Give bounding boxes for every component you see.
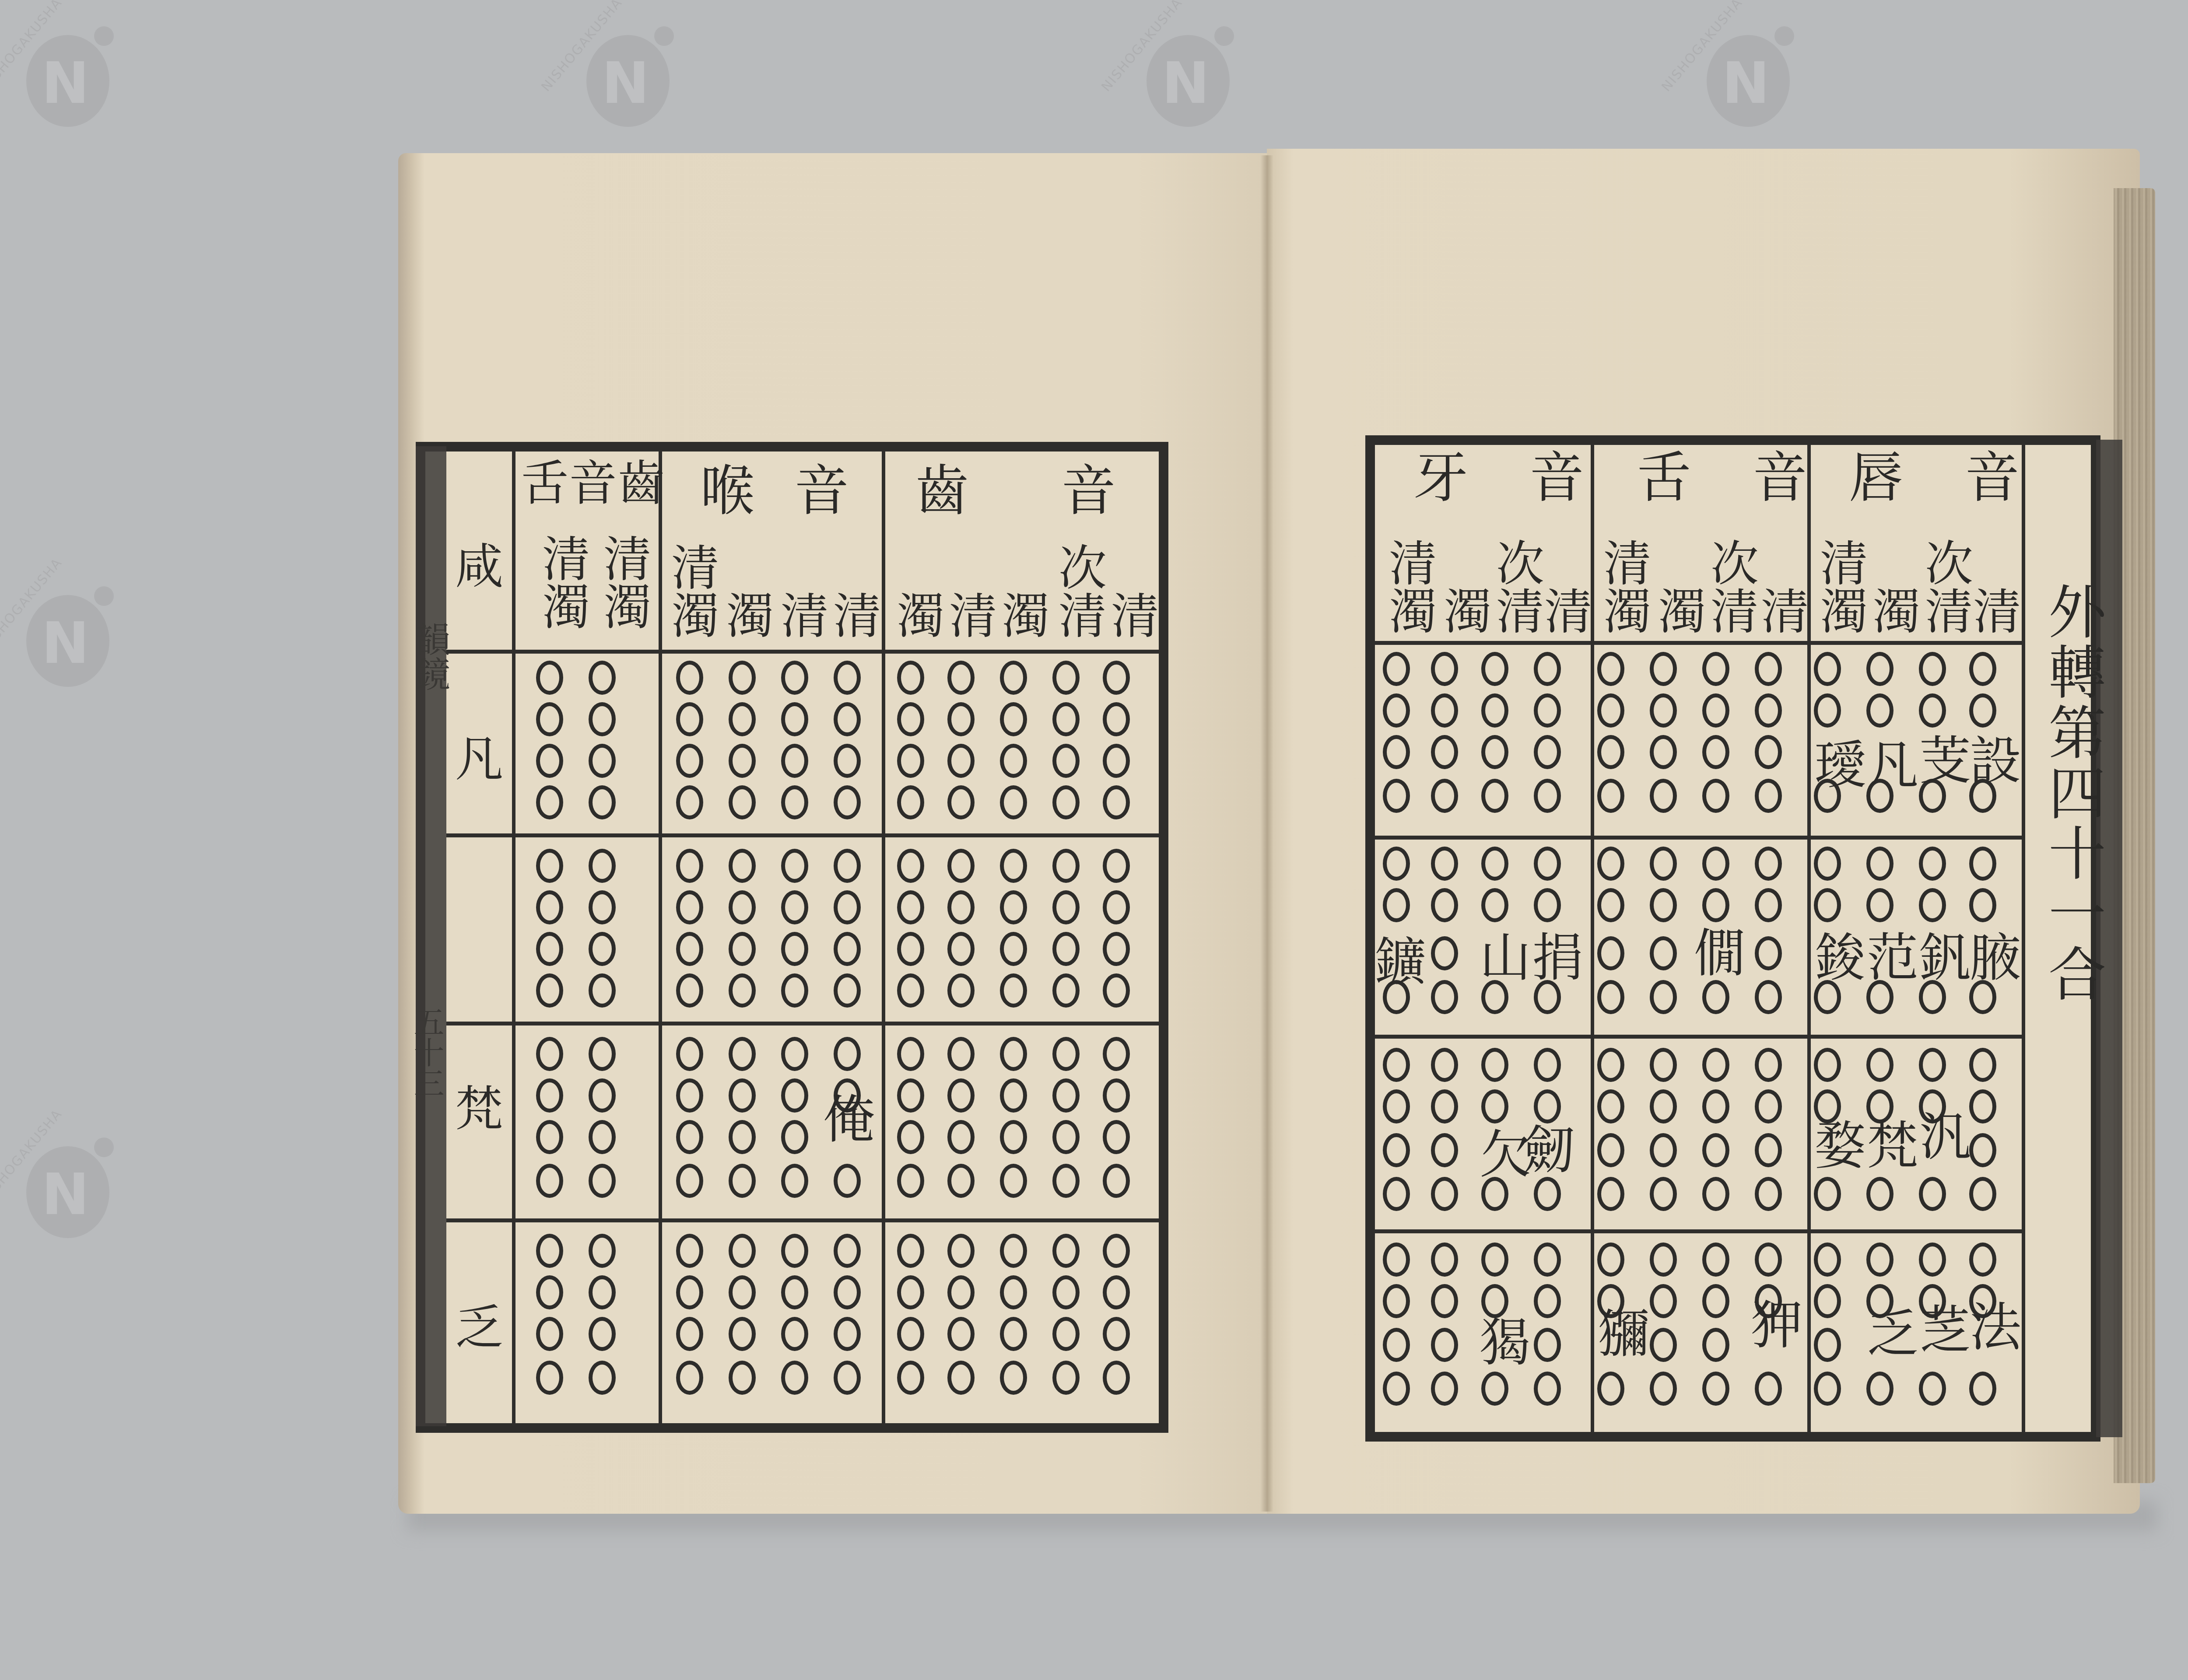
empty-slot-circle: [1383, 1242, 1410, 1277]
empty-slot-circle: [1702, 1328, 1729, 1362]
left-margin-page-number: 五十三: [405, 1006, 449, 1098]
empty-slot-circle: [589, 785, 616, 819]
empty-slot-circle: [1052, 1317, 1080, 1351]
empty-slot-circle: [1103, 661, 1130, 695]
empty-slot-circle: [1431, 1242, 1458, 1277]
empty-slot-circle: [1431, 1372, 1458, 1406]
table-character: 猲: [1479, 1317, 1532, 1368]
empty-slot-circle: [834, 744, 861, 778]
empty-slot-circle: [536, 932, 563, 966]
empty-slot-circle: [834, 1037, 861, 1071]
empty-slot-circle: [676, 1317, 703, 1351]
empty-slot-circle: [1702, 735, 1729, 769]
empty-slot-circle: [1814, 888, 1841, 922]
empty-slot-circle: [1597, 1242, 1624, 1277]
empty-slot-circle: [1597, 735, 1624, 769]
empty-slot-circle: [1000, 1275, 1027, 1309]
empty-slot-circle: [676, 932, 703, 966]
empty-slot-circle: [1103, 744, 1130, 778]
empty-slot-circle: [1000, 1037, 1027, 1071]
empty-slot-circle: [1431, 888, 1458, 922]
empty-slot-circle: [1383, 693, 1410, 728]
empty-slot-circle: [1103, 973, 1130, 1008]
empty-slot-circle: [897, 702, 924, 736]
table-character: 獼: [1597, 1308, 1650, 1360]
header-subcolumn: 清濁: [538, 534, 586, 630]
empty-slot-circle: [947, 1275, 975, 1309]
empty-slot-circle: [729, 744, 756, 778]
empty-slot-circle: [1534, 1177, 1561, 1211]
empty-slot-circle: [897, 1317, 924, 1351]
empty-slot-circle: [1597, 1133, 1624, 1167]
empty-slot-circle: [536, 849, 563, 883]
empty-slot-circle: [1650, 1242, 1677, 1277]
empty-slot-circle: [1814, 1177, 1841, 1211]
empty-slot-circle: [1431, 1133, 1458, 1167]
empty-slot-circle: [947, 661, 975, 695]
empty-slot-circle: [1755, 1242, 1782, 1277]
empty-slot-circle: [1103, 1317, 1130, 1351]
empty-slot-circle: [1919, 1177, 1946, 1211]
watermark-logo: NNISHOGAKUSHA: [18, 1129, 118, 1242]
empty-slot-circle: [1919, 1372, 1946, 1406]
empty-slot-circle: [947, 849, 975, 883]
empty-slot-circle: [1000, 1164, 1027, 1198]
empty-slot-circle: [1919, 1242, 1946, 1277]
empty-slot-circle: [1534, 1328, 1561, 1362]
header-subcolumn: 清: [829, 591, 877, 639]
book-gutter: [1260, 155, 1273, 1512]
header-subcolumn: 清: [1969, 586, 2017, 634]
empty-slot-circle: [1702, 1089, 1729, 1123]
empty-slot-circle: [729, 1037, 756, 1071]
empty-slot-circle: [1650, 1284, 1677, 1318]
empty-slot-circle: [1755, 936, 1782, 970]
empty-slot-circle: [536, 1317, 563, 1351]
row-label: 凡: [455, 735, 503, 783]
col-divider: [882, 451, 885, 1426]
row-divider: [1374, 836, 2024, 840]
table-character: 䒦: [1919, 1304, 1971, 1355]
empty-slot-circle: [1000, 785, 1027, 819]
empty-slot-circle: [1919, 693, 1946, 728]
row-label: 梵: [455, 1085, 503, 1133]
table-character: 狎: [1750, 1299, 1803, 1351]
header-subcolumn: 濁: [1440, 586, 1488, 634]
empty-slot-circle: [834, 973, 861, 1008]
empty-slot-circle: [536, 1037, 563, 1071]
empty-slot-circle: [1431, 1284, 1458, 1318]
empty-slot-circle: [1814, 1284, 1841, 1318]
empty-slot-circle: [781, 849, 808, 883]
empty-slot-circle: [1597, 936, 1624, 970]
empty-slot-circle: [1052, 849, 1080, 883]
empty-slot-circle: [1103, 849, 1130, 883]
empty-slot-circle: [1702, 693, 1729, 728]
col-divider: [659, 451, 662, 1426]
empty-slot-circle: [1052, 1234, 1080, 1268]
empty-slot-circle: [1650, 980, 1677, 1014]
empty-slot-circle: [947, 890, 975, 924]
header-group-label: 舌音: [1637, 451, 1869, 505]
empty-slot-circle: [1969, 1242, 1996, 1277]
empty-slot-circle: [1866, 652, 1893, 686]
empty-slot-circle: [589, 1234, 616, 1268]
empty-slot-circle: [676, 973, 703, 1008]
empty-slot-circle: [1383, 1177, 1410, 1211]
empty-slot-circle: [1814, 693, 1841, 728]
empty-slot-circle: [947, 1037, 975, 1071]
header-group-label: 喉音: [700, 464, 888, 518]
header-group-label: 唇音: [1849, 451, 2081, 505]
empty-slot-circle: [1534, 888, 1561, 922]
empty-slot-circle: [1969, 1177, 1996, 1211]
empty-slot-circle: [589, 744, 616, 778]
empty-slot-circle: [589, 1317, 616, 1351]
row-divider: [446, 1022, 1160, 1025]
header-subcolumn: 清: [1107, 591, 1155, 639]
empty-slot-circle: [834, 1275, 861, 1309]
empty-slot-circle: [897, 1275, 924, 1309]
empty-slot-circle: [589, 661, 616, 695]
empty-slot-circle: [1534, 1048, 1561, 1082]
empty-slot-circle: [676, 1120, 703, 1154]
empty-slot-circle: [1431, 847, 1458, 881]
empty-slot-circle: [897, 744, 924, 778]
empty-slot-circle: [536, 702, 563, 736]
empty-slot-circle: [897, 973, 924, 1008]
empty-slot-circle: [834, 661, 861, 695]
empty-slot-circle: [1969, 1372, 1996, 1406]
empty-slot-circle: [834, 1317, 861, 1351]
empty-slot-circle: [1481, 1242, 1508, 1277]
empty-slot-circle: [1431, 936, 1458, 970]
empty-slot-circle: [1650, 652, 1677, 686]
empty-slot-circle: [1383, 1328, 1410, 1362]
empty-slot-circle: [1481, 652, 1508, 686]
empty-slot-circle: [1814, 652, 1841, 686]
empty-slot-circle: [1866, 1242, 1893, 1277]
header-subcolumn: 次清: [1921, 538, 1969, 634]
empty-slot-circle: [1755, 1372, 1782, 1406]
empty-slot-circle: [1103, 702, 1130, 736]
empty-slot-circle: [1702, 779, 1729, 813]
empty-slot-circle: [536, 744, 563, 778]
empty-slot-circle: [729, 973, 756, 1008]
empty-slot-circle: [589, 702, 616, 736]
empty-slot-circle: [729, 785, 756, 819]
empty-slot-circle: [1755, 847, 1782, 881]
empty-slot-circle: [1431, 652, 1458, 686]
empty-slot-circle: [1534, 847, 1561, 881]
empty-slot-circle: [1866, 1177, 1893, 1211]
empty-slot-circle: [1000, 1120, 1027, 1154]
table-character: 璦: [1814, 739, 1866, 791]
empty-slot-circle: [1969, 1048, 1996, 1082]
empty-slot-circle: [1383, 1133, 1410, 1167]
empty-slot-circle: [1755, 1177, 1782, 1211]
empty-slot-circle: [1383, 779, 1410, 813]
empty-slot-circle: [1814, 1372, 1841, 1406]
empty-slot-circle: [897, 932, 924, 966]
empty-slot-circle: [947, 744, 975, 778]
empty-slot-circle: [1534, 1242, 1561, 1277]
empty-slot-circle: [1103, 1120, 1130, 1154]
empty-slot-circle: [1534, 693, 1561, 728]
empty-slot-circle: [1702, 1242, 1729, 1277]
empty-slot-circle: [897, 1120, 924, 1154]
empty-slot-circle: [1597, 980, 1624, 1014]
table-character: 凡: [1866, 739, 1919, 791]
empty-slot-circle: [947, 1234, 975, 1268]
table-character: 汎: [1919, 1111, 1971, 1163]
empty-slot-circle: [781, 1078, 808, 1113]
empty-slot-circle: [729, 702, 756, 736]
empty-slot-circle: [729, 849, 756, 883]
empty-slot-circle: [1755, 1133, 1782, 1167]
table-character: 設: [1969, 735, 2022, 787]
empty-slot-circle: [1814, 847, 1841, 881]
empty-slot-circle: [834, 1164, 861, 1198]
header-subcolumn: 濁: [722, 591, 770, 639]
empty-slot-circle: [729, 1120, 756, 1154]
empty-slot-circle: [947, 1120, 975, 1154]
empty-slot-circle: [1650, 1048, 1677, 1082]
empty-slot-circle: [1650, 847, 1677, 881]
empty-slot-circle: [1755, 980, 1782, 1014]
empty-slot-circle: [1383, 735, 1410, 769]
empty-slot-circle: [1597, 1372, 1624, 1406]
empty-slot-circle: [781, 1275, 808, 1309]
empty-slot-circle: [1597, 1177, 1624, 1211]
empty-slot-circle: [1481, 888, 1508, 922]
empty-slot-circle: [676, 702, 703, 736]
header-subcolumn: 次清: [1055, 542, 1103, 639]
empty-slot-circle: [834, 932, 861, 966]
empty-slot-circle: [1052, 661, 1080, 695]
empty-slot-circle: [729, 1361, 756, 1395]
empty-slot-circle: [1814, 1048, 1841, 1082]
empty-slot-circle: [1650, 779, 1677, 813]
empty-slot-circle: [1534, 1089, 1561, 1123]
empty-slot-circle: [781, 744, 808, 778]
empty-slot-circle: [1597, 888, 1624, 922]
empty-slot-circle: [897, 785, 924, 819]
empty-slot-circle: [1383, 1089, 1410, 1123]
empty-slot-circle: [1052, 1164, 1080, 1198]
empty-slot-circle: [1650, 1372, 1677, 1406]
empty-slot-circle: [834, 1234, 861, 1268]
empty-slot-circle: [1431, 735, 1458, 769]
empty-slot-circle: [1481, 1048, 1508, 1082]
empty-slot-circle: [589, 1120, 616, 1154]
empty-slot-circle: [676, 744, 703, 778]
empty-slot-circle: [1597, 693, 1624, 728]
empty-slot-circle: [1702, 1284, 1729, 1318]
empty-slot-circle: [1103, 890, 1130, 924]
empty-slot-circle: [1431, 1089, 1458, 1123]
empty-slot-circle: [1103, 932, 1130, 966]
empty-slot-circle: [1431, 1048, 1458, 1082]
table-title: 外轉第四十一合: [2030, 582, 2114, 1004]
empty-slot-circle: [1383, 888, 1410, 922]
row-divider: [446, 833, 1160, 837]
empty-slot-circle: [1702, 1048, 1729, 1082]
empty-slot-circle: [1702, 847, 1729, 881]
empty-slot-circle: [1431, 980, 1458, 1014]
empty-slot-circle: [1000, 702, 1027, 736]
empty-slot-circle: [1814, 1328, 1841, 1362]
empty-slot-circle: [536, 890, 563, 924]
empty-slot-circle: [1000, 661, 1027, 695]
empty-slot-circle: [589, 1078, 616, 1113]
empty-slot-circle: [947, 1361, 975, 1395]
empty-slot-circle: [1650, 735, 1677, 769]
empty-slot-circle: [1702, 888, 1729, 922]
empty-slot-circle: [897, 849, 924, 883]
empty-slot-circle: [1650, 693, 1677, 728]
empty-slot-circle: [1534, 1372, 1561, 1406]
watermark-logo: NNISHOGAKUSHA: [18, 17, 118, 131]
empty-slot-circle: [781, 1037, 808, 1071]
empty-slot-circle: [1000, 849, 1027, 883]
col-divider: [2022, 444, 2025, 1433]
empty-slot-circle: [1702, 1133, 1729, 1167]
empty-slot-circle: [1969, 888, 1996, 922]
empty-slot-circle: [676, 1037, 703, 1071]
empty-slot-circle: [897, 661, 924, 695]
empty-slot-circle: [1000, 1317, 1027, 1351]
empty-slot-circle: [676, 849, 703, 883]
empty-slot-circle: [1755, 1089, 1782, 1123]
row-divider: [1374, 1035, 2024, 1039]
empty-slot-circle: [676, 1234, 703, 1268]
empty-slot-circle: [676, 785, 703, 819]
empty-slot-circle: [1481, 1089, 1508, 1123]
table-character: 鋑: [1814, 932, 1866, 983]
empty-slot-circle: [676, 661, 703, 695]
table-character: 鑛: [1374, 936, 1427, 988]
header-subcolumn: 清: [1757, 586, 1805, 634]
empty-slot-circle: [729, 1317, 756, 1351]
empty-slot-circle: [1702, 1177, 1729, 1211]
empty-slot-circle: [834, 849, 861, 883]
watermark-logo: NNISHOGAKUSHA: [578, 17, 678, 131]
empty-slot-circle: [897, 1078, 924, 1113]
empty-slot-circle: [1000, 1078, 1027, 1113]
empty-slot-circle: [947, 932, 975, 966]
empty-slot-circle: [589, 849, 616, 883]
empty-slot-circle: [897, 1037, 924, 1071]
empty-slot-circle: [1650, 1133, 1677, 1167]
header-subcolumn: 清: [1540, 586, 1588, 634]
empty-slot-circle: [1103, 1275, 1130, 1309]
empty-slot-circle: [1597, 1048, 1624, 1082]
empty-slot-circle: [676, 1164, 703, 1198]
empty-slot-circle: [1702, 980, 1729, 1014]
empty-slot-circle: [781, 890, 808, 924]
empty-slot-circle: [1481, 735, 1508, 769]
empty-slot-circle: [1383, 1284, 1410, 1318]
empty-slot-circle: [1755, 779, 1782, 813]
empty-slot-circle: [1650, 936, 1677, 970]
empty-slot-circle: [1650, 1177, 1677, 1211]
empty-slot-circle: [1052, 744, 1080, 778]
empty-slot-circle: [947, 1317, 975, 1351]
left-margin-band: [416, 446, 446, 1426]
table-character: 劒: [1523, 1124, 1575, 1176]
header-subcolumn: 濁: [1654, 586, 1702, 634]
empty-slot-circle: [536, 1275, 563, 1309]
empty-slot-circle: [1969, 1133, 1996, 1167]
empty-slot-circle: [1702, 1372, 1729, 1406]
empty-slot-circle: [1534, 735, 1561, 769]
table-character: 腋: [1969, 932, 2022, 983]
empty-slot-circle: [1650, 888, 1677, 922]
empty-slot-circle: [1103, 1078, 1130, 1113]
empty-slot-circle: [947, 973, 975, 1008]
empty-slot-circle: [1969, 693, 1996, 728]
empty-slot-circle: [1755, 735, 1782, 769]
header-subcolumn: 濁: [893, 591, 941, 639]
empty-slot-circle: [729, 1275, 756, 1309]
empty-slot-circle: [1052, 1078, 1080, 1113]
empty-slot-circle: [1866, 1048, 1893, 1082]
table-character: 俺: [823, 1094, 875, 1145]
empty-slot-circle: [1052, 890, 1080, 924]
empty-slot-circle: [536, 973, 563, 1008]
table-character: 法: [1969, 1302, 2022, 1353]
empty-slot-circle: [897, 1164, 924, 1198]
empty-slot-circle: [947, 702, 975, 736]
empty-slot-circle: [834, 890, 861, 924]
empty-slot-circle: [589, 973, 616, 1008]
empty-slot-circle: [536, 785, 563, 819]
row-label: 咸: [455, 542, 503, 591]
empty-slot-circle: [1383, 847, 1410, 881]
header-group-label: 舌音齒: [521, 459, 665, 507]
header-subcolumn: 濁: [1869, 586, 1917, 634]
empty-slot-circle: [676, 890, 703, 924]
empty-slot-circle: [947, 1078, 975, 1113]
empty-slot-circle: [1052, 1037, 1080, 1071]
empty-slot-circle: [729, 890, 756, 924]
empty-slot-circle: [1481, 779, 1508, 813]
row-divider: [1374, 1229, 2024, 1233]
table-character: 僩: [1694, 927, 1746, 979]
empty-slot-circle: [536, 1234, 563, 1268]
empty-slot-circle: [1755, 652, 1782, 686]
empty-slot-circle: [1052, 932, 1080, 966]
empty-slot-circle: [1597, 1089, 1624, 1123]
empty-slot-circle: [781, 1361, 808, 1395]
empty-slot-circle: [897, 890, 924, 924]
empty-slot-circle: [1052, 1275, 1080, 1309]
empty-slot-circle: [1969, 1089, 1996, 1123]
empty-slot-circle: [1481, 847, 1508, 881]
empty-slot-circle: [589, 1361, 616, 1395]
empty-slot-circle: [1650, 1328, 1677, 1362]
empty-slot-circle: [1000, 932, 1027, 966]
header-subcolumn: 清濁: [1816, 538, 1864, 634]
empty-slot-circle: [1052, 702, 1080, 736]
empty-slot-circle: [589, 932, 616, 966]
empty-slot-circle: [1866, 888, 1893, 922]
empty-slot-circle: [947, 785, 975, 819]
empty-slot-circle: [729, 1234, 756, 1268]
empty-slot-circle: [1866, 847, 1893, 881]
empty-slot-circle: [1052, 973, 1080, 1008]
